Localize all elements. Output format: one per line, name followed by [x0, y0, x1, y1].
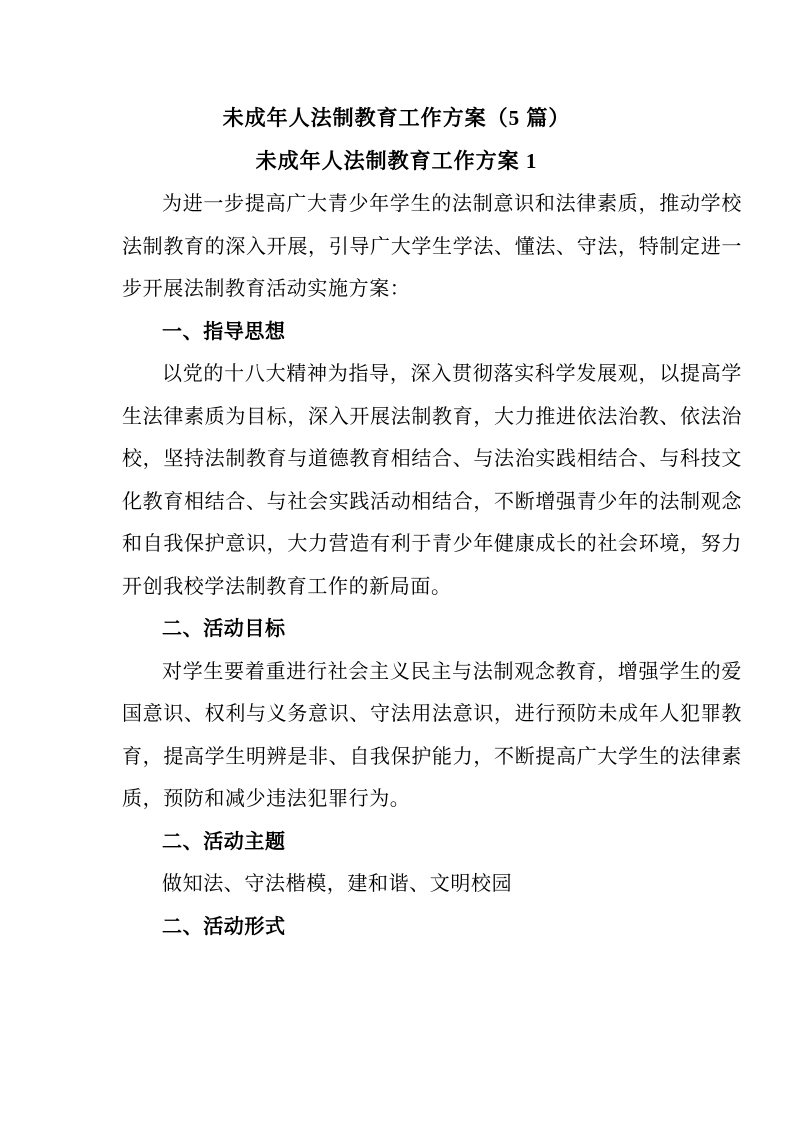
heading-guiding-ideology: 一、指导思想 [122, 311, 742, 354]
document-subtitle: 未成年人法制教育工作方案 1 [0, 140, 793, 183]
document-body: 为进一步提高广大青少年学生的法制意识和法律素质，推动学校法制教育的深入开展，引导… [122, 183, 742, 948]
document-title: 未成年人法制教育工作方案（5 篇） [0, 97, 793, 140]
paragraph-guiding-ideology: 以党的十八大精神为指导，深入贯彻落实科学发展观，以提高学生法律素质为目标，深入开… [122, 353, 742, 608]
paragraph-activity-theme: 做知法、守法楷模，建和谐、文明校园 [122, 863, 742, 906]
document-page: 未成年人法制教育工作方案（5 篇） 未成年人法制教育工作方案 1 为进一步提高广… [0, 0, 793, 1122]
heading-activity-theme: 二、活动主题 [122, 821, 742, 864]
heading-activity-format: 二、活动形式 [122, 906, 742, 949]
paragraph-intro: 为进一步提高广大青少年学生的法制意识和法律素质，推动学校法制教育的深入开展，引导… [122, 183, 742, 311]
heading-activity-goals: 二、活动目标 [122, 608, 742, 651]
paragraph-activity-goals: 对学生要着重进行社会主义民主与法制观念教育，增强学生的爱国意识、权利与义务意识、… [122, 651, 742, 821]
